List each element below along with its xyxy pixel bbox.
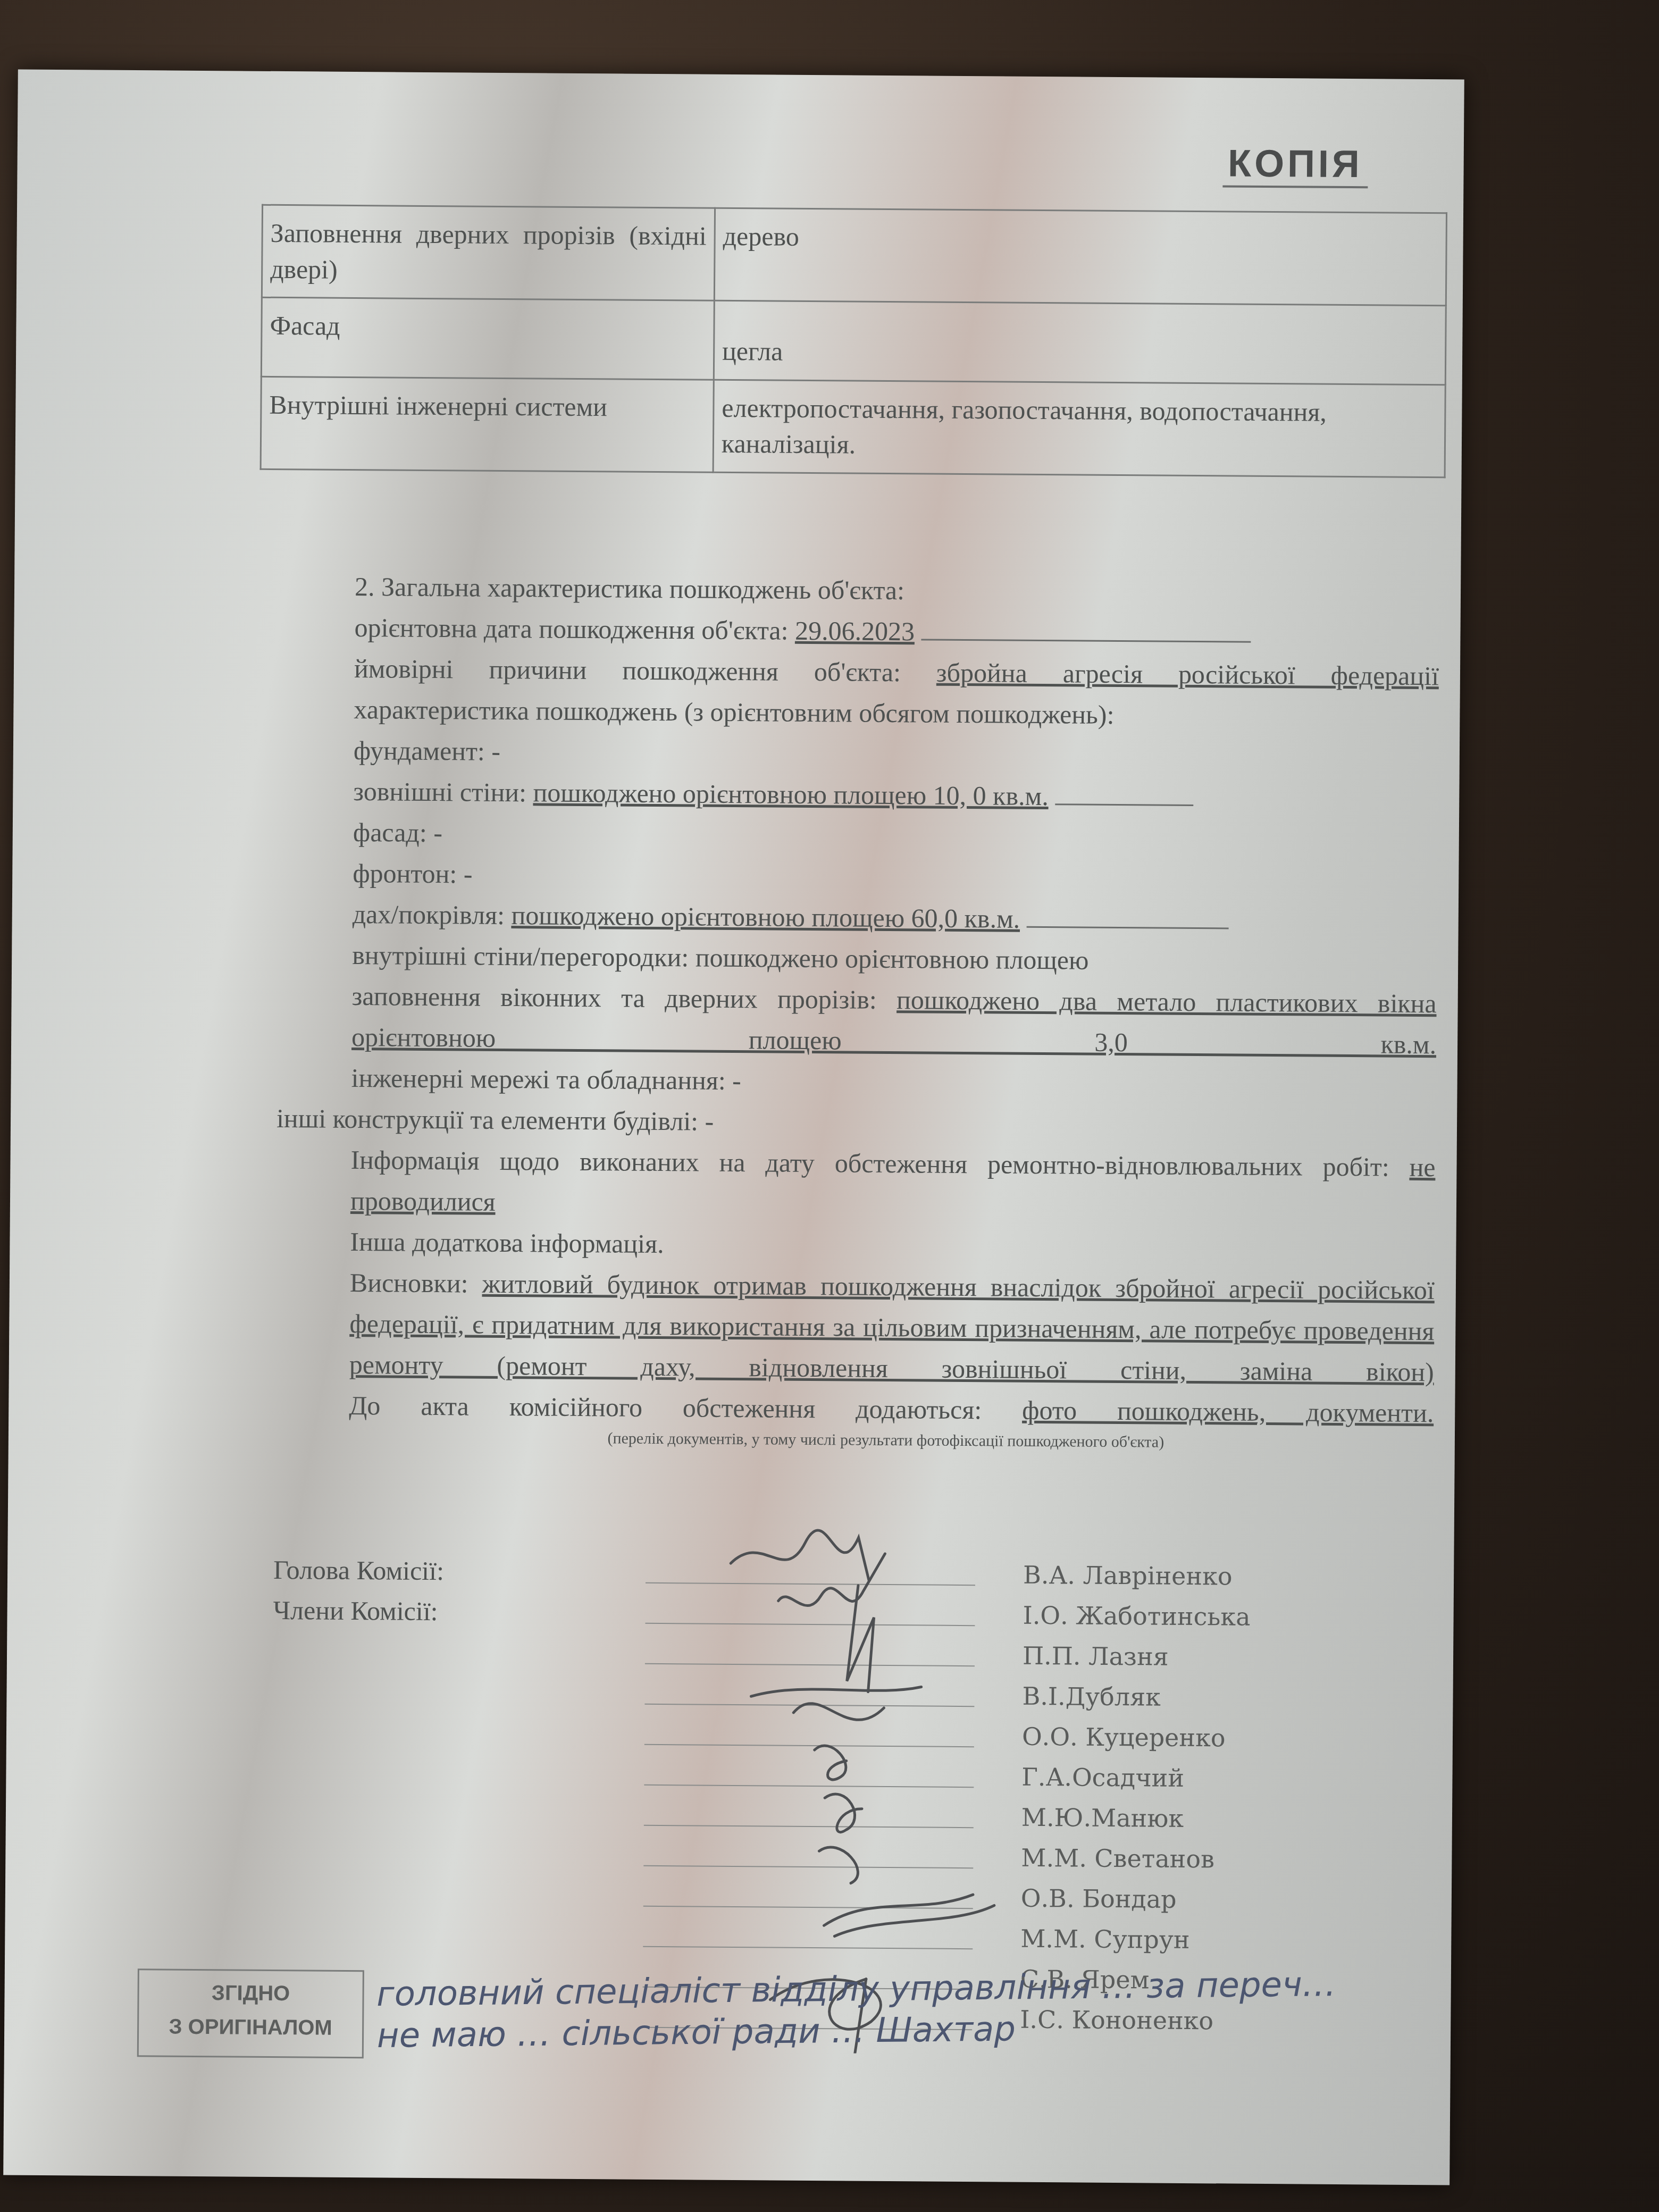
- signature-line: [644, 1723, 974, 1747]
- table-key: Внутрішні інженерні системи: [261, 376, 714, 472]
- signature-line: [643, 1925, 973, 1949]
- table-value: цегла: [714, 300, 1446, 384]
- damage-item-openings: заповнення віконних та дверних прорізів:…: [277, 975, 1437, 1065]
- conclusions-row: Висновки: житловий будинок отримав пошко…: [275, 1262, 1435, 1393]
- item-label: зовнішні стіни:: [353, 776, 526, 807]
- item-label: заповнення віконних та дверних прорізів:: [352, 981, 877, 1015]
- member-name: В.І.Дубляк: [1022, 1682, 1161, 1712]
- attachments-row: До акта комісійного обстеження додаються…: [274, 1385, 1434, 1434]
- item-value: -: [705, 1107, 714, 1136]
- table-key: Фасад: [261, 297, 714, 379]
- signature-line: [646, 1561, 975, 1586]
- damage-item-external-walls: зовнішні стіни: пошкоджено орієнтовною п…: [279, 770, 1438, 819]
- signature-line: [644, 1804, 974, 1828]
- member-name: І.О. Жаботинська: [1023, 1601, 1250, 1631]
- handwritten-note: головний спеціаліст відділу управління ……: [376, 1963, 1388, 2057]
- attachments-value: фото пошкоджень, документи.: [1022, 1395, 1434, 1428]
- stamp-line: ЗГІДНО: [139, 1975, 362, 2011]
- item-label: внутрішні стіни/перегородки:: [352, 940, 689, 972]
- table-row: Внутрішні інженерні системи електропоста…: [261, 376, 1445, 477]
- original-conformity-stamp: ЗГІДНО З ОРИГІНАЛОМ: [137, 1968, 364, 2058]
- table-row: Фасад цегла: [261, 297, 1446, 384]
- item-value: -: [732, 1066, 741, 1095]
- item-label: інші конструкції та елементи будівлі:: [276, 1103, 698, 1136]
- chair-name: В.А. Лавріненко: [1023, 1561, 1233, 1591]
- item-value: пошкоджено орієнтовною площею: [696, 942, 1089, 975]
- stamp-line: З ОРИГІНАЛОМ: [139, 2009, 362, 2045]
- damage-causes-value: збройна агресія російської федерації: [936, 658, 1439, 691]
- fill-line: [1027, 905, 1229, 929]
- signature-line: [645, 1602, 975, 1626]
- table-row: Заповнення дверних прорізів (вхідні двер…: [262, 205, 1446, 306]
- table-value: дерево: [714, 208, 1446, 306]
- member-name: О.О. Куцеренко: [1022, 1722, 1226, 1753]
- member-name: М.М. Светанов: [1021, 1844, 1214, 1874]
- item-value: пошкоджено орієнтовною площею 60,0 кв.м.: [511, 900, 1020, 934]
- item-value: -: [464, 859, 473, 889]
- item-value: пошкоджено орієнтовною площею 10, 0 кв.м…: [533, 777, 1049, 811]
- item-label: фундамент:: [354, 735, 485, 766]
- damage-causes-label: ймовірні причини пошкодження об'єкта:: [354, 653, 901, 687]
- document-page: КОПІЯ Заповнення дверних прорізів (вхідн…: [3, 70, 1464, 2185]
- member-name: М.Ю.Манюк: [1021, 1803, 1184, 1833]
- signature-line: [644, 1682, 974, 1707]
- item-label: фасад:: [353, 817, 427, 848]
- item-label: фронтон:: [353, 858, 457, 889]
- signature-line: [643, 1844, 973, 1869]
- member-name: Г.А.Осадчий: [1021, 1763, 1184, 1792]
- member-name: М.М. Супрун: [1020, 1924, 1190, 1954]
- attachments-label: До акта комісійного обстеження додаються…: [349, 1390, 982, 1425]
- signature-line: [645, 1642, 975, 1666]
- item-value: -: [433, 818, 442, 848]
- signature-line: [644, 1763, 974, 1788]
- members-label: Члени Комісії:: [273, 1595, 645, 1628]
- damage-date-label: орієнтовна дата пошкодження об'єкта:: [354, 613, 788, 646]
- fill-line: [1055, 782, 1193, 806]
- damage-section: 2. Загальна характеристика пошкоджень об…: [274, 566, 1440, 1455]
- repair-info-label: Інформація щодо виконаних на дату обстеж…: [350, 1145, 1389, 1182]
- member-name: О.В. Бондар: [1021, 1884, 1177, 1914]
- building-properties-table: Заповнення дверних прорізів (вхідні двер…: [260, 204, 1447, 478]
- signature-line: [643, 1884, 973, 1909]
- item-value: -: [491, 736, 500, 766]
- damage-date-value: 29.06.2023: [795, 616, 915, 647]
- copy-stamp: КОПІЯ: [1222, 141, 1368, 188]
- chair-label: Голова Комісії:: [273, 1554, 646, 1588]
- item-label: дах/покрівля:: [353, 899, 505, 930]
- conclusions-value: житловий будинок отримав пошкодження вна…: [349, 1269, 1435, 1387]
- member-name: П.П. Лазня: [1023, 1641, 1169, 1671]
- table-key: Заповнення дверних прорізів (вхідні двер…: [262, 205, 715, 300]
- item-label: інженерні мережі та обладнання:: [351, 1063, 725, 1095]
- conclusions-label: Висновки:: [350, 1268, 468, 1298]
- table-value: електропостачання, газопостачання, водоп…: [713, 380, 1445, 477]
- repair-info-row: Інформація щодо виконаних на дату обстеж…: [276, 1139, 1436, 1229]
- fill-line: [921, 617, 1251, 642]
